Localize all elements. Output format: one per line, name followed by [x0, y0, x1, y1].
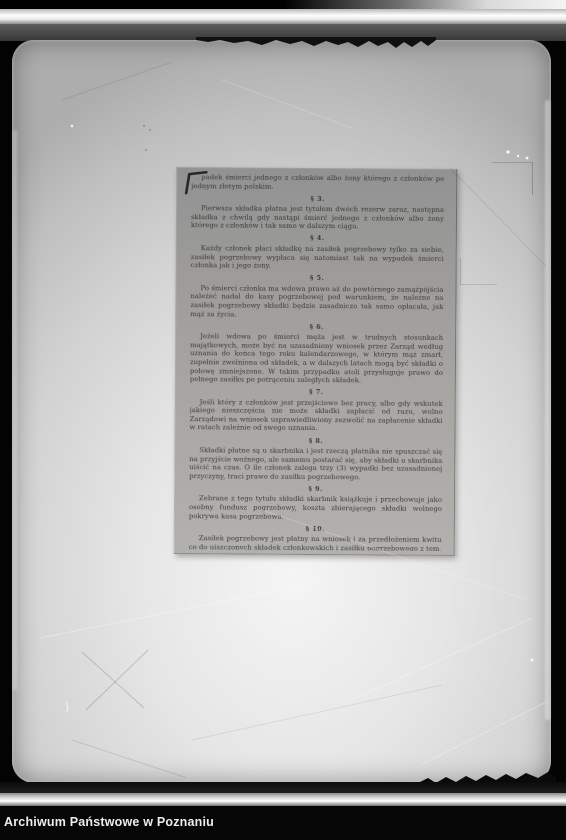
plate-edge-highlight-right	[545, 100, 550, 720]
section-body: Po śmierci członka ma wdowa prawo aż do …	[190, 284, 443, 320]
section-heading: § 4.	[191, 234, 444, 244]
scan-top-highlight-band	[0, 9, 566, 24]
statute-text-column: padek śmierci jednego z członków albo żo…	[189, 173, 445, 551]
archival-scan: padek śmierci jednego z członków albo żo…	[0, 0, 566, 840]
section-heading: § 9.	[189, 484, 442, 494]
section-heading: § 8.	[189, 436, 442, 446]
section-body: padek śmierci jednego z członków albo żo…	[191, 173, 444, 192]
scan-top-shadow-band	[0, 24, 566, 41]
archive-name-label: Archiwum Państwowe w Poznaniu	[4, 815, 214, 829]
scan-top-edge	[0, 0, 566, 9]
statute-page-photo: padek śmierci jednego z członków albo żo…	[174, 167, 458, 556]
statute-section: § 10. Zasiłek pogrzebowy jest płatny na …	[189, 524, 442, 551]
section-heading: § 5.	[191, 273, 444, 283]
section-body: Zasiłek pogrzebowy jest płatny na wniose…	[189, 534, 442, 551]
section-body: Jeżeli wdowa po śmierci męża jest w trud…	[190, 332, 443, 385]
section-body: Pierwsza składka płatna jest tytułem dwó…	[191, 204, 444, 232]
section-body: Każdy członek płaci składkę na zasiłek p…	[191, 244, 444, 272]
statute-section: § 9. Zebrane z tego tytułu składki skarb…	[189, 484, 442, 522]
margin-pencil-marks	[141, 123, 155, 157]
archive-label-bar: Archiwum Państwowe w Poznaniu	[0, 806, 566, 840]
plate-edge-highlight-left	[13, 130, 17, 690]
statute-section: § 3. Pierwsza składka płatna jest tytułe…	[191, 194, 444, 232]
statute-section: § 8. Składki płatne są u skarbnika i jes…	[189, 436, 442, 483]
statute-section: § 5. Po śmierci członka ma wdowa prawo a…	[190, 273, 443, 320]
statute-section: padek śmierci jednego z członków albo żo…	[191, 173, 444, 192]
section-heading: § 6.	[190, 322, 443, 332]
scan-bottom-shadow-band	[0, 782, 566, 793]
section-body: Jeśli który z członków jest przejściowo …	[190, 398, 443, 434]
statute-section: § 7. Jeśli który z członków jest przejśc…	[190, 387, 443, 434]
section-heading: § 10.	[189, 524, 442, 534]
brace-shaped-scratch: }	[64, 702, 70, 713]
scan-bottom-highlight-band	[0, 793, 566, 806]
section-heading: § 3.	[191, 194, 444, 204]
emulsion-ghost-mark	[460, 258, 497, 285]
glass-plate-negative: padek śmierci jednego z członków albo żo…	[12, 40, 551, 783]
section-body: Składki płatne są u skarbnika i jest rze…	[189, 446, 442, 482]
statute-section: § 6. Jeżeli wdowa po śmierci męża jest w…	[190, 322, 443, 386]
emulsion-ghost-mark	[492, 162, 533, 195]
section-body: Zebrane z tego tytułu składki skarbnik k…	[189, 495, 442, 523]
statute-section: § 4. Każdy członek płaci składkę na zasi…	[191, 234, 444, 272]
section-heading: § 7.	[190, 387, 443, 397]
